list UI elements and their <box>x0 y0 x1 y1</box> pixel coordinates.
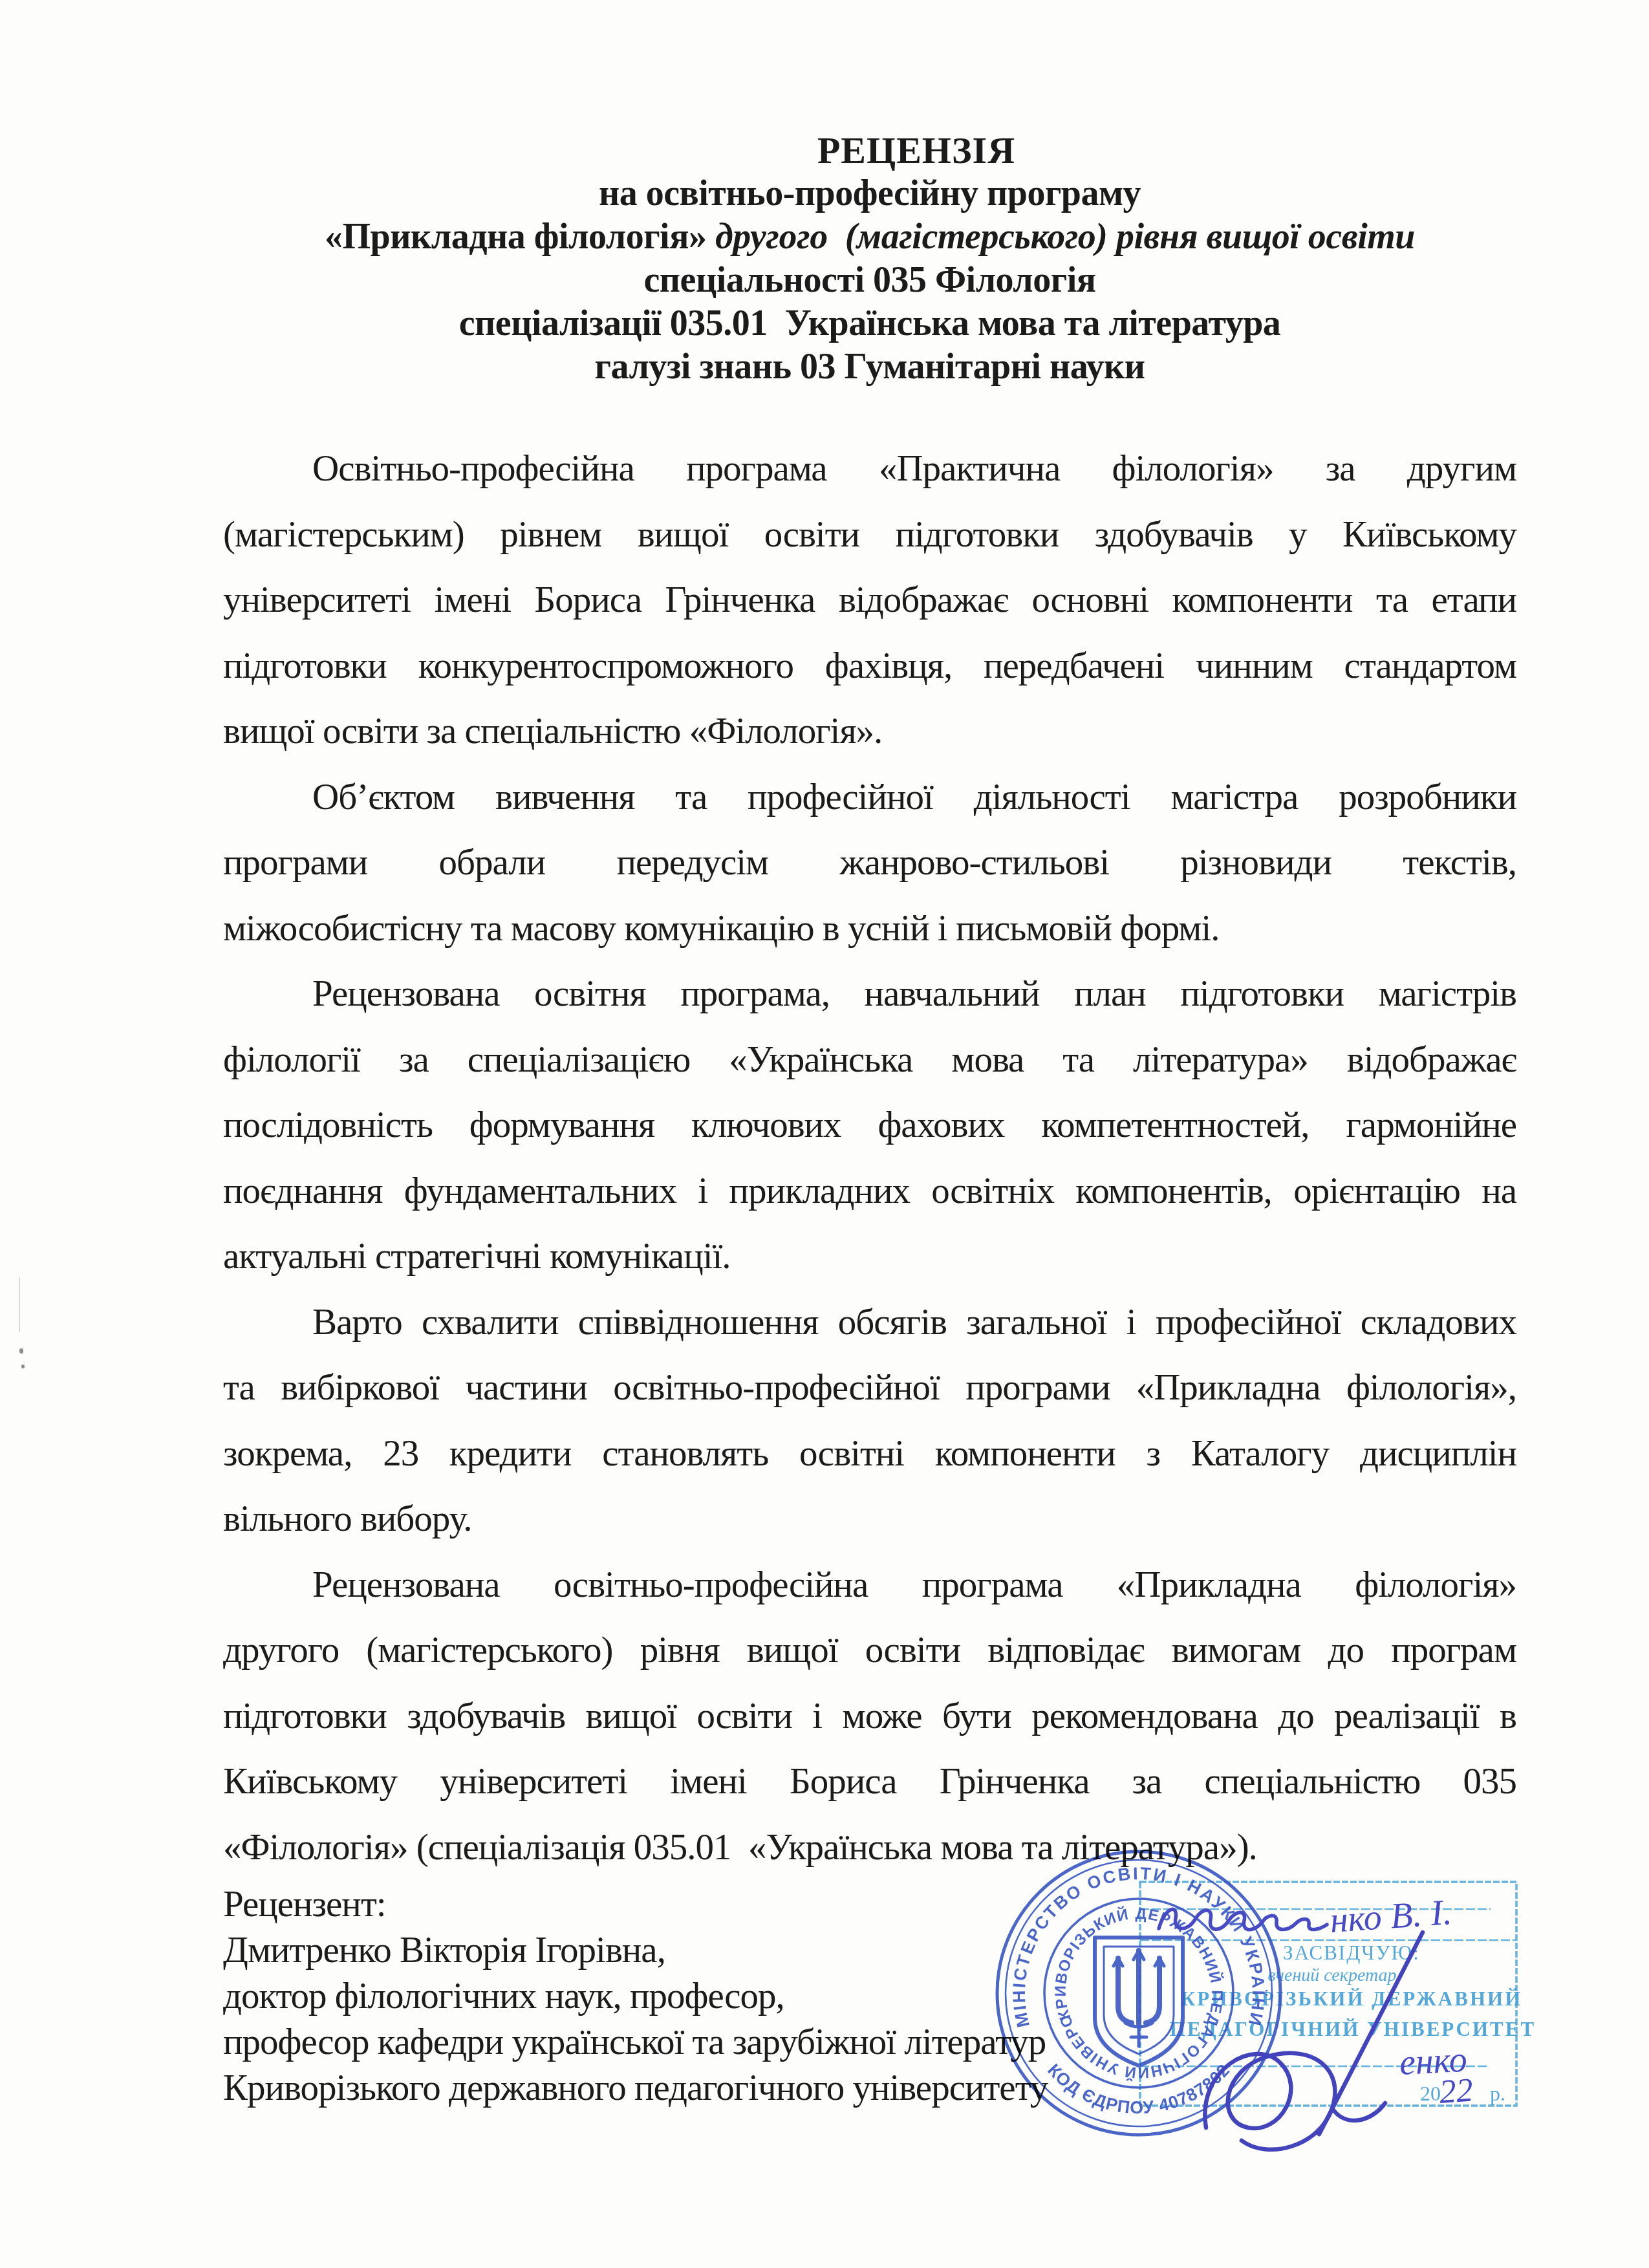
paragraph-4-line-1: Варто схвалити співвідношення обсягів за… <box>223 1290 1516 1355</box>
program-qualifier: другого (магістерського) рівня вищої осв… <box>715 217 1415 257</box>
paragraph-1-line-2: (магістерським) рівнем вищої освіти підг… <box>223 502 1516 568</box>
svg-text:КРИВОРІЗЬКИЙ ДЕРЖАВНИЙ ПЕДАГОГ: КРИВОРІЗЬКИЙ ДЕРЖАВНИЙ ПЕДАГОГІЧНИЙ УНІВ… <box>918 1824 1225 2082</box>
stamp-date-suffix: р. <box>1490 2082 1505 2105</box>
paragraph-2-line-3: міжособистісну та масову комунікацію в у… <box>223 896 1516 962</box>
tryzub-icon <box>1095 1938 1183 2066</box>
paragraph-1-line-3: університеті імені Бориса Грінченка відо… <box>223 567 1516 633</box>
title-subtitle: на освітньо-професійну програму <box>223 172 1516 215</box>
paragraph-5-line-2: другого (магістерського) рівня вищої осв… <box>223 1617 1516 1683</box>
paragraph-5-line-3: підготовки здобувачів вищої освіти і мож… <box>223 1683 1516 1749</box>
stamp-year-handwritten: 22 <box>1438 2071 1474 2110</box>
paragraph-1-line-4: підготовки конкурентоспроможного фахівця… <box>223 633 1516 699</box>
paragraph-3-line-5: актуальні стратегічні комунікації. <box>223 1224 1516 1290</box>
document-page: РЕЦЕНЗІЯ на освітньо-професійну програму… <box>0 0 1649 2268</box>
paragraph-5-line-4: Київському університеті імені Бориса Грі… <box>223 1749 1516 1815</box>
paragraph-1-line-5: вищої освіти за спеціальністю «Філологія… <box>223 698 1516 764</box>
paragraph-4-line-2: та вибіркової частини освітньо-професійн… <box>223 1355 1516 1421</box>
paragraph-3-line-4: поєднання фундаментальних і прикладних о… <box>223 1158 1516 1224</box>
title-block: РЕЦЕНЗІЯ на освітньо-професійну програму… <box>223 129 1516 389</box>
title-specialty: спеціальності 035 Філологія <box>223 259 1516 302</box>
scan-speck <box>21 1365 25 1368</box>
program-name: «Прикладна філологія» <box>325 217 706 257</box>
university-round-seal: МІНІСТЕРСТВО ОСВІТИ І НАУКИ УКРАЇНИ КОД … <box>918 1824 1280 2135</box>
paragraph-3-line-3: послідовність формування ключових фахови… <box>223 1092 1516 1158</box>
title-program-line: «Прикладна філологія» другого (магістерс… <box>223 215 1516 259</box>
title-specialization: спеціалізації 035.01 Українська мова та … <box>223 302 1516 345</box>
seal-inner-ring-text: КРИВОРІЗЬКИЙ ДЕРЖАВНИЙ ПЕДАГОГІЧНИЙ УНІВ… <box>918 1824 1225 2082</box>
paragraph-3-line-2: філології за спеціалізацією «Українська … <box>223 1027 1516 1093</box>
stamp-date-prefix: 20 <box>1420 2082 1441 2105</box>
paragraph-4-line-4: вільного вибору. <box>223 1486 1516 1552</box>
paragraph-4-line-3: зокрема, 23 кредити становлять освітні к… <box>223 1421 1516 1487</box>
stamp-certify-label: ЗАСВІДЧУЮ: <box>1283 1941 1420 1964</box>
body-paragraphs: Освітньо-професійна програма «Практична … <box>223 436 1516 1880</box>
scan-artifact-line <box>19 1277 20 1332</box>
title-field: галузі знань 03 Гуманітарні науки <box>223 345 1516 389</box>
paragraph-5-line-1: Рецензована освітньо-професійна програма… <box>223 1552 1516 1618</box>
paragraph-2-line-1: Об’єктом вивчення та професійної діяльно… <box>223 764 1516 830</box>
reviewer-signature-text: нко В. І. <box>1329 1892 1454 1941</box>
paragraph-1-line-1: Освітньо-професійна програма «Практична … <box>223 436 1516 502</box>
scan-speck <box>19 1348 23 1354</box>
stamp-org-line2: ПЕДАГОГІЧНИЙ УНІВЕРСИТЕТ <box>1170 2018 1536 2040</box>
paragraph-2-line-2: програми обрали передусім жанрово-стильо… <box>223 830 1516 896</box>
document-heading: РЕЦЕНЗІЯ <box>270 129 1563 172</box>
stamp-role-label: вчений секретар <box>1267 1965 1396 1985</box>
paragraph-3-line-1: Рецензована освітня програма, навчальний… <box>223 961 1516 1027</box>
stamps-layer: ЗАСВІДЧУЮ: вчений секретар КРИВОРІЗЬКИЙ … <box>918 1824 1565 2268</box>
